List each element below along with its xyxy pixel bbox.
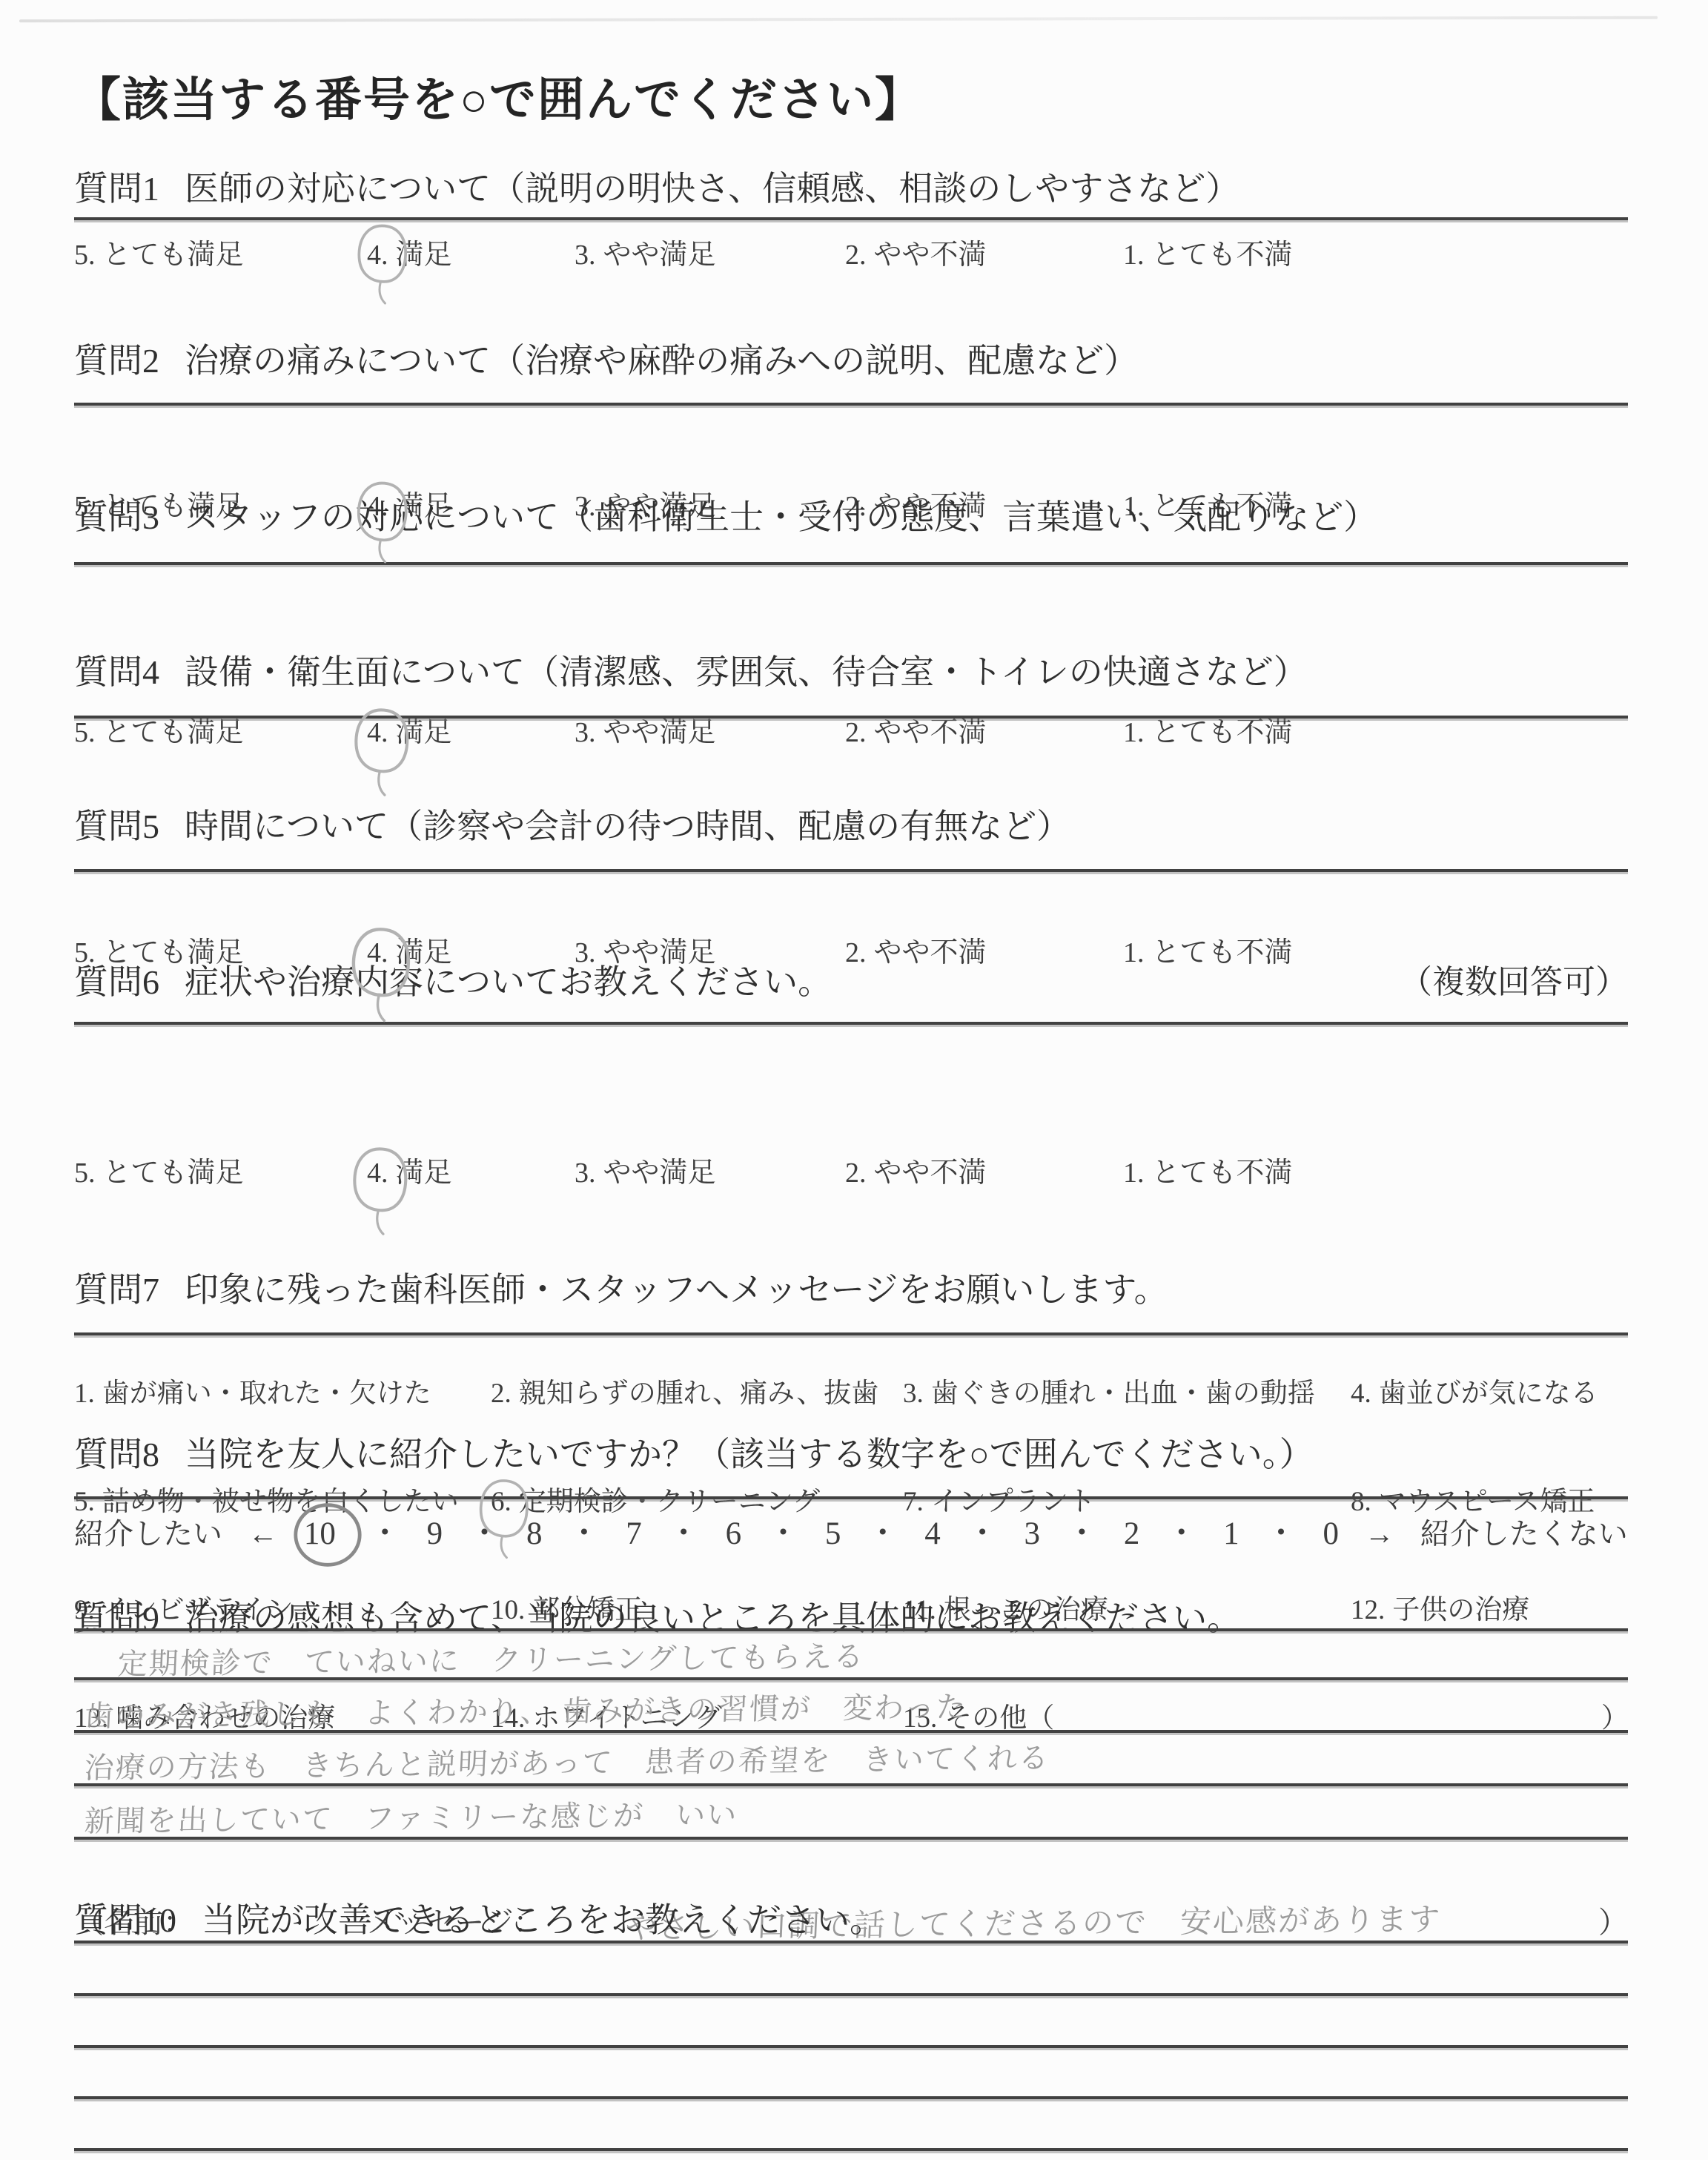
question-8-scale-row: 紹介したい ← 10 ・ 9 ・ 8 ・ 7 ・ 6 ・ 5 ・ 4 ・ 3 ・… (74, 1508, 1628, 1553)
option-number: 2. (845, 1157, 867, 1189)
option-number-text: 2. (845, 717, 867, 748)
option-number: 5. (74, 239, 96, 271)
q8-number-4: 4 (924, 1516, 941, 1552)
q8-number-10-circled: 10 (304, 1516, 336, 1552)
question-10-heading: 質問10当院が改善できるところをお教えください。 (74, 1893, 1628, 1942)
ruled-writing-line (74, 2096, 1628, 2099)
option-number-text: 3. (575, 1157, 596, 1189)
question-3-number: 質問3 (74, 498, 159, 536)
rule-divider (74, 562, 1628, 565)
option-label: とても満足 (103, 1157, 244, 1189)
q8-number-5: 5 (825, 1516, 841, 1552)
option-label: とても不満 (1152, 1157, 1293, 1189)
question-4-heading: 質問4設備・衛生面について（清潔感、雰囲気、待合室・トイレの快適さなど） (74, 645, 1628, 694)
option-number-text: 5. (74, 1157, 96, 1189)
option-number-text: 1. (1123, 1157, 1145, 1189)
question-6-topic: 症状や治療内容についてお教えください。 (185, 963, 832, 1001)
ruled-writing-line (74, 1941, 1628, 1943)
item-number: 2. (491, 1378, 512, 1410)
question-10-number: 質問10 (74, 1901, 176, 1939)
question-6-row-1: 1.歯が痛い・取れた・欠けた 2.親知らずの腫れ、痛み、抜歯 3.歯ぐきの腫れ・… (74, 1370, 1628, 1425)
q6-item-2: 2.親知らずの腫れ、痛み、抜歯 (491, 1370, 878, 1410)
q6-item-1: 1.歯が痛い・取れた・欠けた (74, 1370, 431, 1410)
question-9-number: 質問9 (74, 1599, 159, 1637)
rule-divider (74, 1332, 1628, 1335)
q9-handwritten-line-4: 新聞を出していて ファミリーな感じが いい (84, 1782, 1640, 1840)
item-number: 3. (903, 1378, 924, 1410)
item-number: 1. (74, 1378, 95, 1410)
option-number: 2. (845, 239, 867, 271)
q1-option-5: 5.とても満足 (74, 231, 244, 272)
q8-number-2: 2 (1124, 1516, 1140, 1552)
q1-option-2: 2.やや不満 (845, 231, 987, 272)
question-1-options: 5.とても満足 4.満足 3.やや満足 2.やや不満 1.とても不満 (74, 231, 1628, 298)
question-7-topic: 印象に残った歯科医師・スタッフへメッセージをお願いします。 (185, 1271, 1168, 1309)
right-arrow-icon: → (1365, 1516, 1394, 1551)
option-number: 1. (1123, 716, 1145, 749)
option-number-text: 5. (74, 240, 96, 271)
question-6-number: 質問6 (74, 963, 159, 1001)
dot-separator: ・ (1165, 1508, 1197, 1553)
dot-separator: ・ (369, 1508, 401, 1553)
question-3-heading-text: 質問3スタッフの対応について（歯科衛生士・受付の態度、言葉遣い、気配りなど） (74, 490, 1377, 539)
q5-option-4-circled: 4.満足 (367, 1149, 452, 1190)
option-label: 満足 (396, 1157, 452, 1189)
dot-separator: ・ (1265, 1508, 1297, 1553)
option-number-text: 3. (575, 240, 596, 271)
option-label: 満足 (396, 717, 452, 748)
option-number-text: 1. (1123, 240, 1145, 271)
rule-divider (74, 1496, 1628, 1499)
q8-number-3: 3 (1025, 1516, 1041, 1552)
option-number-text: 5. (74, 717, 96, 748)
option-label: やや不満 (874, 1157, 987, 1189)
option-number: 4. (367, 1157, 388, 1189)
option-number: 3. (575, 1157, 596, 1189)
scan-artifact-line (19, 16, 1658, 23)
option-number: 5. (74, 1157, 96, 1189)
q6-item-3: 3.歯ぐきの腫れ・出血・歯の動揺 (903, 1370, 1315, 1410)
option-label: やや不満 (874, 717, 987, 748)
option-number: 4. (367, 716, 388, 749)
q6-item-4: 4.歯並びが気になる (1351, 1370, 1598, 1410)
option-number: 3. (575, 716, 596, 749)
q1-option-1: 1.とても不満 (1123, 231, 1293, 272)
question-6-note: （複数回答可） (1400, 955, 1628, 1004)
question-5-topic: 時間について（診察や会計の待つ時間、配慮の有無など） (185, 807, 1070, 845)
option-number: 4. (367, 239, 388, 271)
q5-option-3: 3.やや満足 (575, 1149, 716, 1190)
item-number-text: 3. (903, 1378, 924, 1409)
option-number-text: 4. (367, 717, 388, 748)
q8-number-8: 8 (526, 1516, 543, 1552)
rule-divider (74, 217, 1628, 220)
q5-option-1: 1.とても不満 (1123, 1149, 1293, 1190)
question-1-heading-text: 質問1医師の対応について（説明の明快さ、信頼感、相談のしやすさなど） (74, 162, 1239, 211)
pencil-circle-mark-icon (349, 1137, 410, 1244)
q8-number-text: 10 (304, 1516, 336, 1551)
option-label: やや満足 (603, 240, 716, 271)
question-3-options: 5.とても満足 4.満足 3.やや満足 2.やや不満 1.とても不満 (74, 709, 1628, 776)
item-number-text: 2. (491, 1378, 512, 1409)
option-label: やや満足 (603, 1157, 716, 1189)
q8-number-9: 9 (427, 1516, 443, 1552)
option-number-text: 2. (845, 240, 867, 271)
option-number: 3. (575, 239, 596, 271)
q8-number-1: 1 (1223, 1516, 1239, 1552)
question-5-options: 5.とても満足 4.満足 3.やや満足 2.やや不満 1.とても不満 (74, 1149, 1628, 1216)
option-number: 2. (845, 716, 867, 749)
question-2-topic: 治療の痛みについて（治療や麻酔の痛みへの説明、配慮など） (185, 342, 1138, 380)
question-5-number: 質問5 (74, 807, 159, 845)
option-number-text: 3. (575, 717, 596, 748)
rule-divider (74, 1022, 1628, 1025)
question-4-number: 質問4 (74, 653, 159, 691)
dot-separator: ・ (867, 1508, 898, 1553)
question-5-heading: 質問5時間について（診察や会計の待つ時間、配慮の有無など） (74, 799, 1628, 848)
question-1-number: 質問1 (74, 170, 159, 208)
question-10-heading-text: 質問10当院が改善できるところをお教えください。 (74, 1893, 884, 1942)
ruled-writing-line (74, 1837, 1628, 1840)
q1-option-4-circled: 4.満足 (367, 231, 452, 272)
question-8-heading: 質問8当院を友人に紹介したいですか？（該当する数字を○で囲んでください。） (74, 1427, 1628, 1476)
question-8-number: 質問8 (74, 1436, 159, 1473)
question-8-topic: 当院を友人に紹介したいですか？（該当する数字を○で囲んでください。） (185, 1436, 1314, 1473)
option-label: とても不満 (1152, 717, 1293, 748)
item-number-text: 1. (74, 1378, 95, 1409)
question-3-heading: 質問3スタッフの対応について（歯科衛生士・受付の態度、言葉遣い、気配りなど） (74, 490, 1628, 539)
ruled-writing-line (74, 2045, 1628, 2048)
question-2-number: 質問2 (74, 342, 159, 380)
option-number: 1. (1123, 239, 1145, 271)
question-6-heading: 質問6症状や治療内容についてお教えください。 （複数回答可） (74, 955, 1628, 1004)
ruled-writing-line (74, 1993, 1628, 1996)
q5-option-5: 5.とても満足 (74, 1149, 244, 1190)
rule-divider (74, 869, 1628, 872)
option-label: 満足 (396, 240, 452, 271)
option-label: とても満足 (103, 717, 244, 748)
rule-divider (74, 403, 1628, 406)
dot-separator: ・ (469, 1508, 500, 1553)
option-number-text: 4. (367, 1157, 388, 1189)
question-7-heading: 質問7印象に残った歯科医師・スタッフへメッセージをお願いします。 (74, 1263, 1628, 1312)
option-label: やや満足 (603, 717, 716, 748)
question-4-heading-text: 質問4設備・衛生面について（清潔感、雰囲気、待合室・トイレの快適さなど） (74, 645, 1308, 694)
option-number-text: 1. (1123, 717, 1145, 748)
dot-separator: ・ (767, 1508, 799, 1553)
option-number-text: 4. (367, 240, 388, 271)
q8-left-label: 紹介したい (74, 1510, 222, 1553)
question-5-heading-text: 質問5時間について（診察や会計の待つ時間、配慮の有無など） (74, 799, 1070, 848)
rule-divider (74, 716, 1628, 719)
item-label: 歯並びが気になる (1379, 1378, 1598, 1409)
option-label: とても不満 (1152, 240, 1293, 271)
question-2-heading: 質問2治療の痛みについて（治療や麻酔の痛みへの説明、配慮など） (74, 334, 1628, 383)
option-label: とても満足 (103, 240, 244, 271)
left-arrow-icon: ← (248, 1516, 278, 1551)
item-number-text: 4. (1351, 1378, 1371, 1409)
dot-separator: ・ (568, 1508, 600, 1553)
question-1-topic: 医師の対応について（説明の明快さ、信頼感、相談のしやすさなど） (185, 170, 1239, 208)
question-4-topic: 設備・衛生面について（清潔感、雰囲気、待合室・トイレの快適さなど） (185, 653, 1308, 691)
q8-number-6: 6 (726, 1516, 742, 1552)
question-1-heading: 質問1医師の対応について（説明の明快さ、信頼感、相談のしやすさなど） (74, 162, 1628, 211)
question-3-topic: スタッフの対応について（歯科衛生士・受付の態度、言葉遣い、気配りなど） (185, 498, 1377, 536)
option-number: 1. (1123, 1157, 1145, 1189)
item-number: 4. (1351, 1378, 1371, 1410)
q8-right-label: 紹介したくない (1420, 1510, 1628, 1553)
q5-option-2: 2.やや不満 (845, 1149, 987, 1190)
question-6-heading-text: 質問6症状や治療内容についてお教えください。 (74, 955, 832, 1004)
question-8-heading-text: 質問8当院を友人に紹介したいですか？（該当する数字を○で囲んでください。） (74, 1427, 1314, 1476)
dot-separator: ・ (1066, 1508, 1098, 1553)
item-label: 歯ぐきの腫れ・出血・歯の動揺 (931, 1378, 1315, 1409)
question-10-topic: 当院が改善できるところをお教えください。 (202, 1901, 884, 1939)
q8-number-7: 7 (626, 1516, 642, 1552)
question-2-heading-text: 質問2治療の痛みについて（治療や麻酔の痛みへの説明、配慮など） (74, 334, 1138, 383)
dot-separator: ・ (668, 1508, 700, 1553)
question-7-heading-text: 質問7印象に残った歯科医師・スタッフへメッセージをお願いします。 (74, 1263, 1168, 1312)
option-label: やや不満 (874, 240, 987, 271)
item-label: 歯が痛い・取れた・欠けた (102, 1378, 431, 1409)
question-7-number: 質問7 (74, 1271, 159, 1309)
option-number: 5. (74, 716, 96, 749)
dot-separator: ・ (967, 1508, 999, 1553)
item-label: 親知らずの腫れ、痛み、抜歯 (519, 1378, 878, 1409)
q8-number-0: 0 (1323, 1516, 1339, 1552)
page-title: 【該当する番号を○で囲んでください】 (74, 62, 1628, 130)
q1-option-3: 3.やや満足 (575, 231, 716, 272)
option-number-text: 2. (845, 1157, 867, 1189)
ruled-writing-line (74, 2148, 1628, 2151)
